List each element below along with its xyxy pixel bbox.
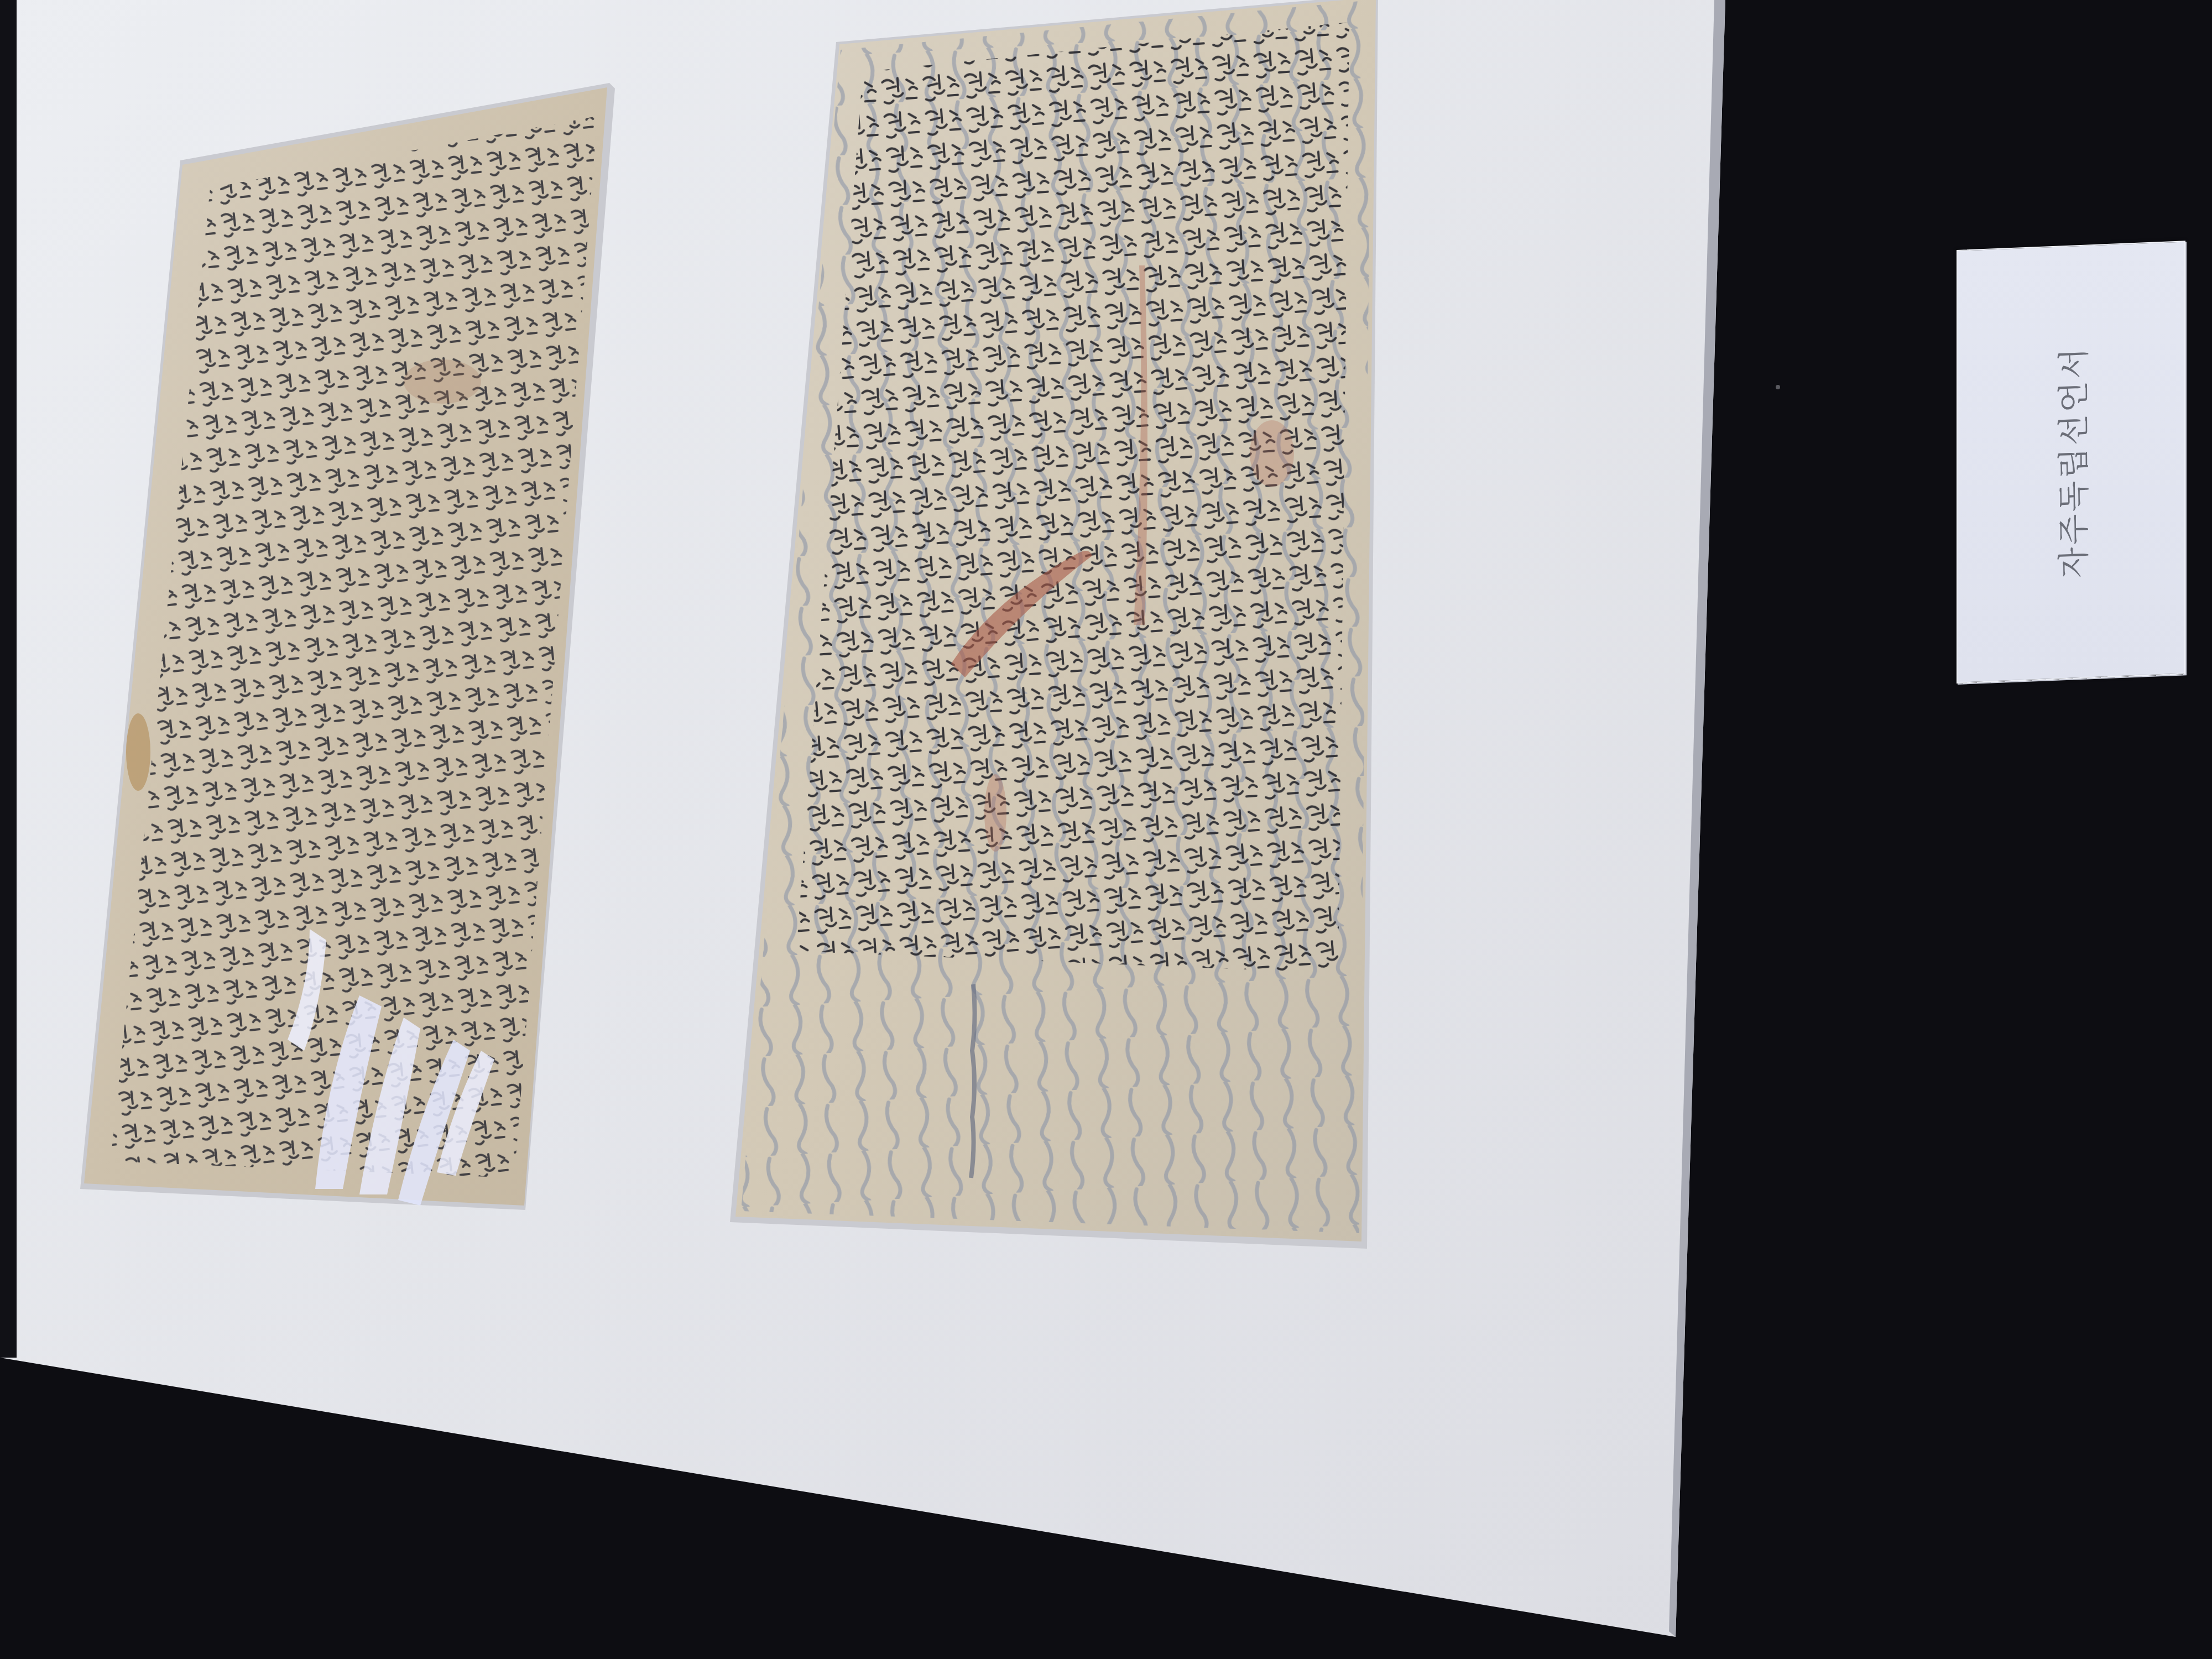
left-manuscript-stain [126,713,150,791]
right-manuscript-red-stain [1250,420,1294,487]
mat-left-shadow [0,0,17,1358]
exhibit-label-title: 자주독립선언서 [2048,345,2094,580]
left-manuscript-stain [404,359,481,404]
exhibit-label-card: 자주독립선언서 [1957,241,2185,684]
exhibit-scene [0,0,2212,1659]
right-manuscript [730,0,1378,1249]
right-manuscript-handwriting [796,22,1349,973]
wall-speck [1776,385,1780,389]
right-manuscript-red-stain [984,774,1006,852]
